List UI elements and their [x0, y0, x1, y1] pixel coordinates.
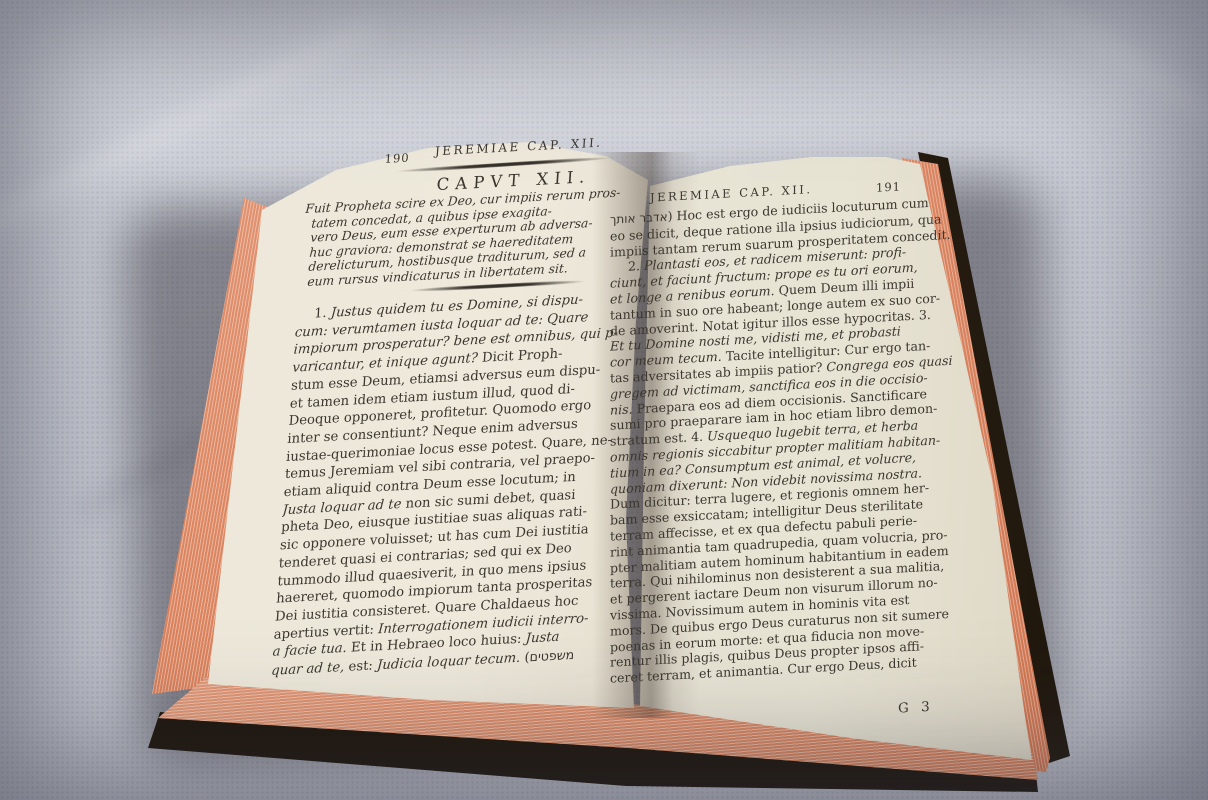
text-segment: Justa: [525, 630, 560, 647]
signature-mark: G 3: [898, 699, 934, 717]
fabric-crease: [926, 0, 1208, 182]
text-segment: 2.: [628, 258, 644, 274]
right-running-header: JEREMIAE CAP. XII.: [650, 182, 812, 205]
right-page-number: 191: [876, 179, 901, 194]
left-page-text: 190 JEREMIAE CAP. XII. CAPVT XII. Fuit P…: [229, 126, 652, 700]
book-photo: 190 JEREMIAE CAP. XII. CAPVT XII. Fuit P…: [0, 0, 1208, 800]
left-page-number: 190: [384, 151, 410, 166]
hebrew-text: משפטים: [529, 647, 575, 664]
right-page-text: JEREMIAE CAP. XII. 191 אדבר אותך) Hoc es…: [604, 167, 960, 752]
text-segment: Dicit Proph-: [481, 347, 562, 366]
text-segment: est:: [348, 658, 378, 675]
hebrew-text: אדבר אותך: [610, 210, 668, 227]
left-running-header: JEREMIAE CAP. XII.: [435, 135, 604, 158]
right-body-text: אדבר אותך) Hoc est ergo de iudiciis locu…: [610, 193, 960, 686]
text-segment: nis.: [610, 401, 637, 417]
text-segment: 1.: [314, 306, 332, 322]
text-segment: quar ad te,: [271, 660, 349, 679]
chapter-argument: Fuit Propheta scire ex Deo, cur impiis r…: [300, 184, 641, 289]
